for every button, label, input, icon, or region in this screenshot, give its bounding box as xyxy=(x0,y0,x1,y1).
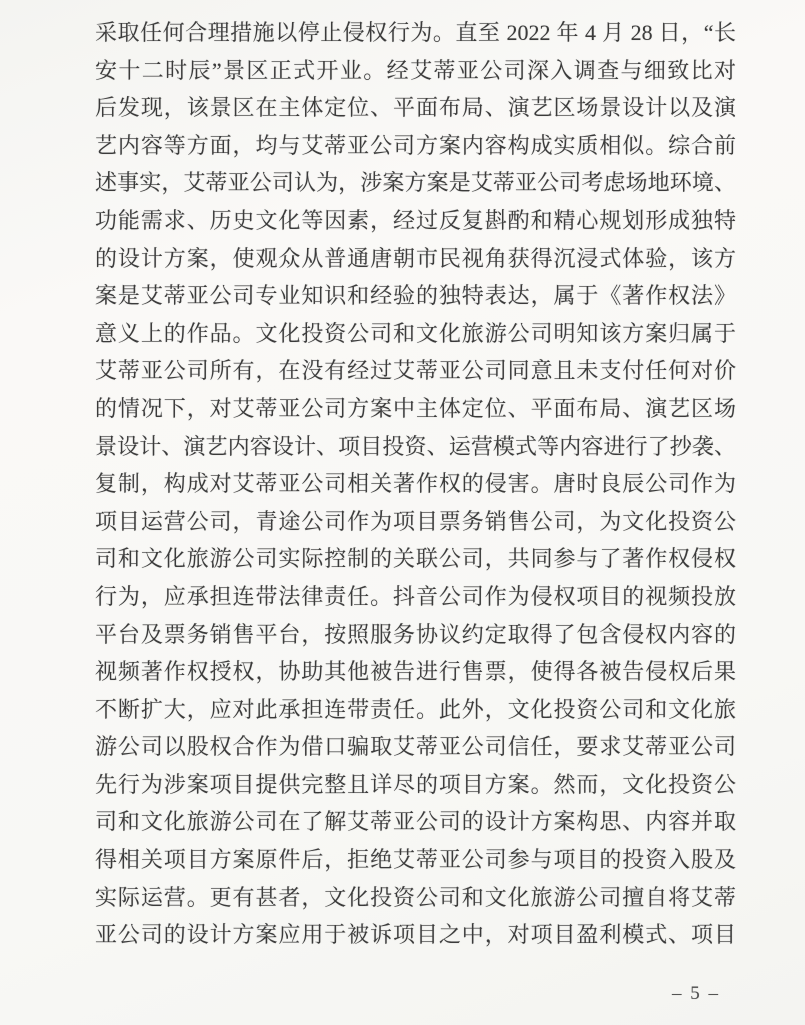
text-line: 不断扩大，应对此承担连带责任。此外，文化投资公司和文化旅 xyxy=(95,691,736,729)
text-line: 游公司以股权合作为借口骗取艾蒂亚公司信任，要求艾蒂亚公司 xyxy=(95,728,736,766)
text-line: 亚公司的设计方案应用于被诉项目之中，对项目盈利模式、项目 xyxy=(95,916,736,954)
text-line: 意义上的作品。文化投资公司和文化旅游公司明知该方案归属于 xyxy=(95,315,736,353)
text-line: 艺内容等方面，均与艾蒂亚公司方案内容构成实质相似。综合前 xyxy=(95,127,736,165)
text-line: 景设计、演艺内容设计、项目投资、运营模式等内容进行了抄袭、 xyxy=(95,428,736,466)
document-page: 采取任何合理措施以停止侵权行为。直至 2022 年 4 月 28 日，“长 安十… xyxy=(0,0,805,1025)
page-number: – 5 – xyxy=(672,983,720,1005)
text-line: 视频著作权授权，协助其他被告进行售票，使得各被告侵权后果 xyxy=(95,653,736,691)
text-line: 司和文化旅游公司实际控制的关联公司，共同参与了著作权侵权 xyxy=(95,540,736,578)
legal-text-body: 采取任何合理措施以停止侵权行为。直至 2022 年 4 月 28 日，“长 安十… xyxy=(95,14,736,954)
text-line: 功能需求、历史文化等因素，经过反复斟酌和精心规划形成独特 xyxy=(95,202,736,240)
text-line: 艾蒂亚公司所有，在没有经过艾蒂亚公司同意且未支付任何对价 xyxy=(95,352,736,390)
text-line: 述事实，艾蒂亚公司认为，涉案方案是艾蒂亚公司考虑场地环境、 xyxy=(95,164,736,202)
text-line: 项目运营公司，青途公司作为项目票务销售公司，为文化投资公 xyxy=(95,503,736,541)
text-line: 的情况下，对艾蒂亚公司方案中主体定位、平面布局、演艺区场 xyxy=(95,390,736,428)
text-line: 得相关项目方案原件后，拒绝艾蒂亚公司参与项目的投资入股及 xyxy=(95,841,736,879)
text-line: 实际运营。更有甚者，文化投资公司和文化旅游公司擅自将艾蒂 xyxy=(95,879,736,917)
text-line: 安十二时辰”景区正式开业。经艾蒂亚公司深入调查与细致比对 xyxy=(95,52,736,90)
text-line: 平台及票务销售平台，按照服务协议约定取得了包含侵权内容的 xyxy=(95,616,736,654)
text-line: 司和文化旅游公司在了解艾蒂亚公司的设计方案构思、内容并取 xyxy=(95,803,736,841)
text-line: 行为，应承担连带法律责任。抖音公司作为侵权项目的视频投放 xyxy=(95,578,736,616)
text-line: 复制，构成对艾蒂亚公司相关著作权的侵害。唐时良辰公司作为 xyxy=(95,465,736,503)
text-line: 采取任何合理措施以停止侵权行为。直至 2022 年 4 月 28 日，“长 xyxy=(95,14,736,52)
text-line: 后发现，该景区在主体定位、平面布局、演艺区场景设计以及演 xyxy=(95,89,736,127)
text-line: 的设计方案，使观众从普通唐朝市民视角获得沉浸式体验，该方 xyxy=(95,240,736,278)
text-line: 案是艾蒂亚公司专业知识和经验的独特表达，属于《著作权法》 xyxy=(95,277,736,315)
text-line: 先行为涉案项目提供完整且详尽的项目方案。然而，文化投资公 xyxy=(95,766,736,804)
